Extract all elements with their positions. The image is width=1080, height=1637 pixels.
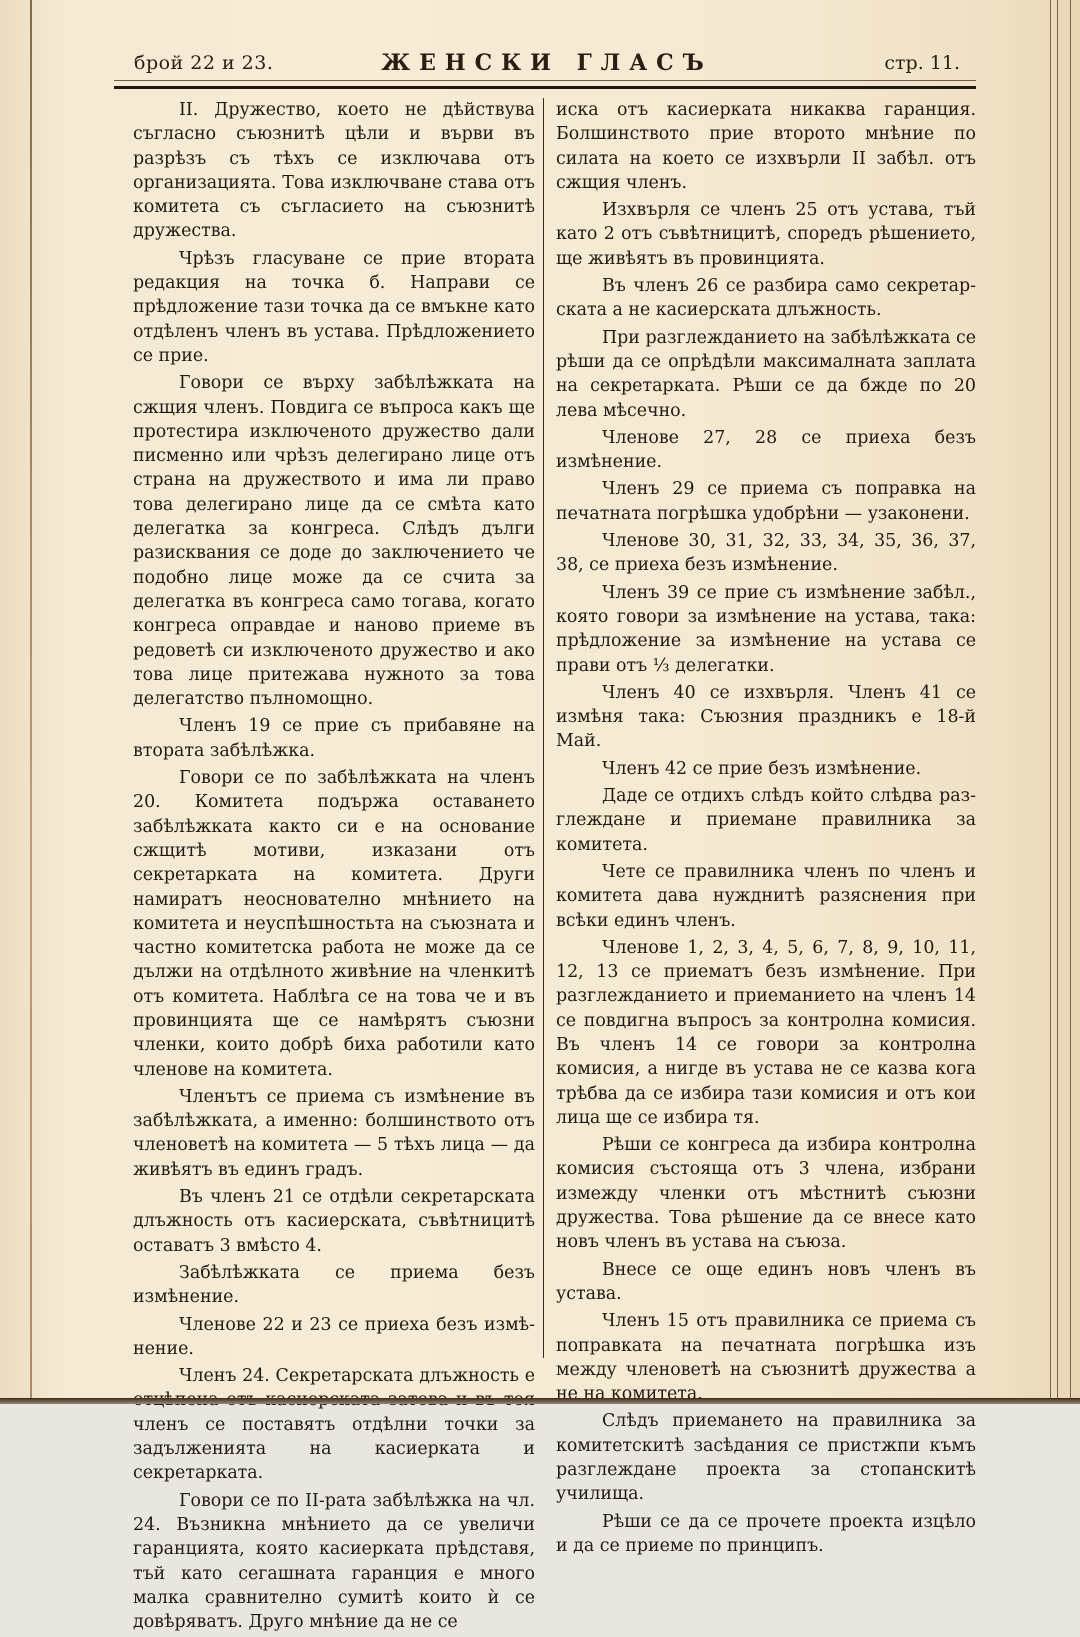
paragraph: Членъ 19 се прие съ прибавяне на втората… (133, 714, 535, 763)
paragraph: При разглежданието на забѣлѣжката се рѣш… (556, 326, 976, 423)
paragraph: Слѣдъ приемането на правилника за коми­т… (556, 1409, 976, 1414)
page-bottom-edge (0, 1398, 1080, 1404)
paragraph: Въ членъ 26 се разбира само секретар­ска… (556, 274, 976, 323)
paragraph: Членъ 39 се прие съ измѣнение забѣл., ко… (556, 581, 976, 678)
page-edge-left (30, 0, 32, 1404)
paragraph: Изхвърля се членъ 25 отъ устава, тъй кат… (556, 198, 976, 271)
newspaper-page: брой 22 и 23. ЖЕНСКИ ГЛАСЪ стр. 11. II. … (0, 0, 1080, 1404)
paragraph: Членъ 24. Секретарската длъжность е отцѣ… (133, 1364, 535, 1414)
paragraph: Даде се отдихъ слѣдъ който слѣдва раз­гл… (556, 784, 976, 857)
paragraph: Чете се правилника членъ по членъ и коми… (556, 860, 976, 933)
page-number: стр. 11. (884, 52, 960, 74)
paragraph: Членове 1, 2, 3, 4, 5, 6, 7, 8, 9, 10, 1… (556, 936, 976, 1130)
left-column: II. Дружество, което не дѣйствува съглас… (133, 98, 535, 1414)
paragraph: Рѣши се конгреса да избира контролна ком… (556, 1133, 976, 1254)
paragraph: Говори се върху забѣлѣжката на сжщия чле… (133, 371, 535, 711)
header-rule (114, 80, 976, 89)
paragraph: Членъ 29 се приема съ поправка на печатн… (556, 477, 976, 526)
paragraph: Членове 27, 28 се приеха безъ измѣнение. (556, 426, 976, 475)
paragraph: Членъ 42 се прие безъ измѣнение. (556, 757, 976, 781)
paragraph: Членъ 40 се изхвърля. Членъ 41 се измѣня… (556, 681, 976, 754)
running-header: брой 22 и 23. ЖЕНСКИ ГЛАСЪ стр. 11. (134, 48, 960, 78)
column-divider (543, 98, 544, 1358)
page-edge-right (1050, 0, 1080, 1404)
paragraph: Внесе се още единъ новъ членъ въ устава. (556, 1258, 976, 1307)
paragraph: Членътъ се приема съ измѣнение въ забѣ­л… (133, 1085, 535, 1182)
paragraph: Членъ 15 отъ правилника се приема съ поп… (556, 1309, 976, 1406)
paragraph: Членове 22 и 23 се приеха безъ измѣ­нени… (133, 1313, 535, 1362)
paragraph: Чрѣзъ гласуване се прие втората редакция… (133, 247, 535, 368)
paragraph: Говори се по забѣлѣжката на членъ 20. Ко… (133, 766, 535, 1082)
paragraph-continued: иска отъ касиерката никаква гаранция. Бо… (556, 98, 976, 195)
paragraph: Забѣлѣжката се приема безъ измѣнение. (133, 1261, 535, 1310)
paragraph: Членове 30, 31, 32, 33, 34, 35, 36, 37, … (556, 529, 976, 578)
paragraph: Въ членъ 21 се отдѣли секретарската длъж… (133, 1185, 535, 1258)
newspaper-title: ЖЕНСКИ ГЛАСЪ (134, 50, 960, 76)
right-column: иска отъ касиерката никаква гаранция. Бо… (556, 98, 976, 1414)
paragraph: II. Дружество, което не дѣйствува съглас… (133, 98, 535, 244)
